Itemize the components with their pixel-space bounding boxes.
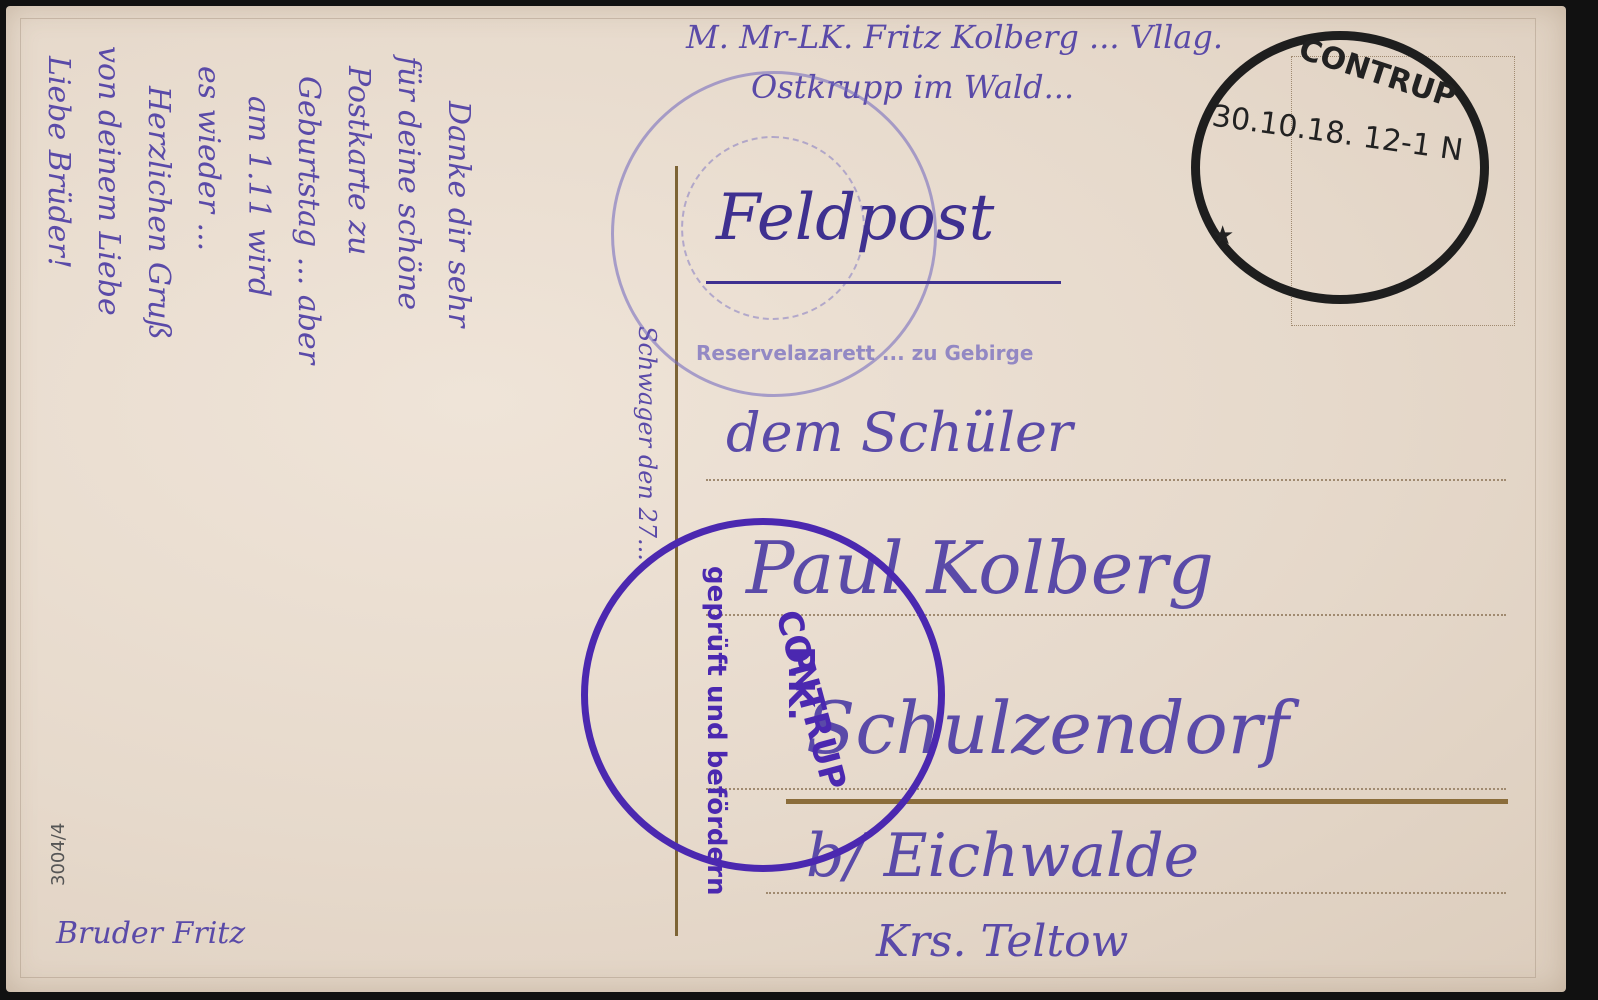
censor-stamp xyxy=(581,518,945,872)
censor-stamp-center: P.K. xyxy=(780,646,821,721)
message-line: Liebe Brüder! xyxy=(41,56,76,269)
address-line-rule xyxy=(706,479,1506,481)
side-note: Schwager den 27... xyxy=(633,326,661,561)
message-line: es wieder ... xyxy=(191,66,226,251)
address-line-rule xyxy=(766,892,1506,894)
feldpost-label: Feldpost xyxy=(716,181,994,255)
message-line: von deinem Liebe xyxy=(91,46,126,316)
publisher-number: 3004/4 xyxy=(48,823,69,886)
address-line-5: Krs. Teltow xyxy=(876,916,1128,967)
censor-stamp-bottom: geprüft und befördern xyxy=(701,566,731,895)
message-line: am 1.11 wird xyxy=(241,96,276,297)
signature: Bruder Fritz xyxy=(56,916,245,951)
address-line-1: dem Schüler xyxy=(726,401,1073,464)
message-line: Danke dir sehr xyxy=(441,101,476,327)
message-line: Postkarte zu xyxy=(341,66,376,255)
postmark-star-icon: ★ xyxy=(1211,221,1234,251)
hospital-stamp-text: Reservelazarett ... zu Gebirge xyxy=(696,341,1033,365)
message-line: Geburtstag ... aber xyxy=(291,76,326,364)
message-line: für deine schöne xyxy=(391,56,426,310)
sender-line-1: M. Mr-LK. Fritz Kolberg ... Vllag. xyxy=(686,18,1223,56)
message-line: Herzlichen Gruß xyxy=(141,86,176,340)
feldpost-underline xyxy=(706,281,1061,284)
postcard: Danke dir sehr für deine schöne Postkart… xyxy=(6,6,1566,992)
